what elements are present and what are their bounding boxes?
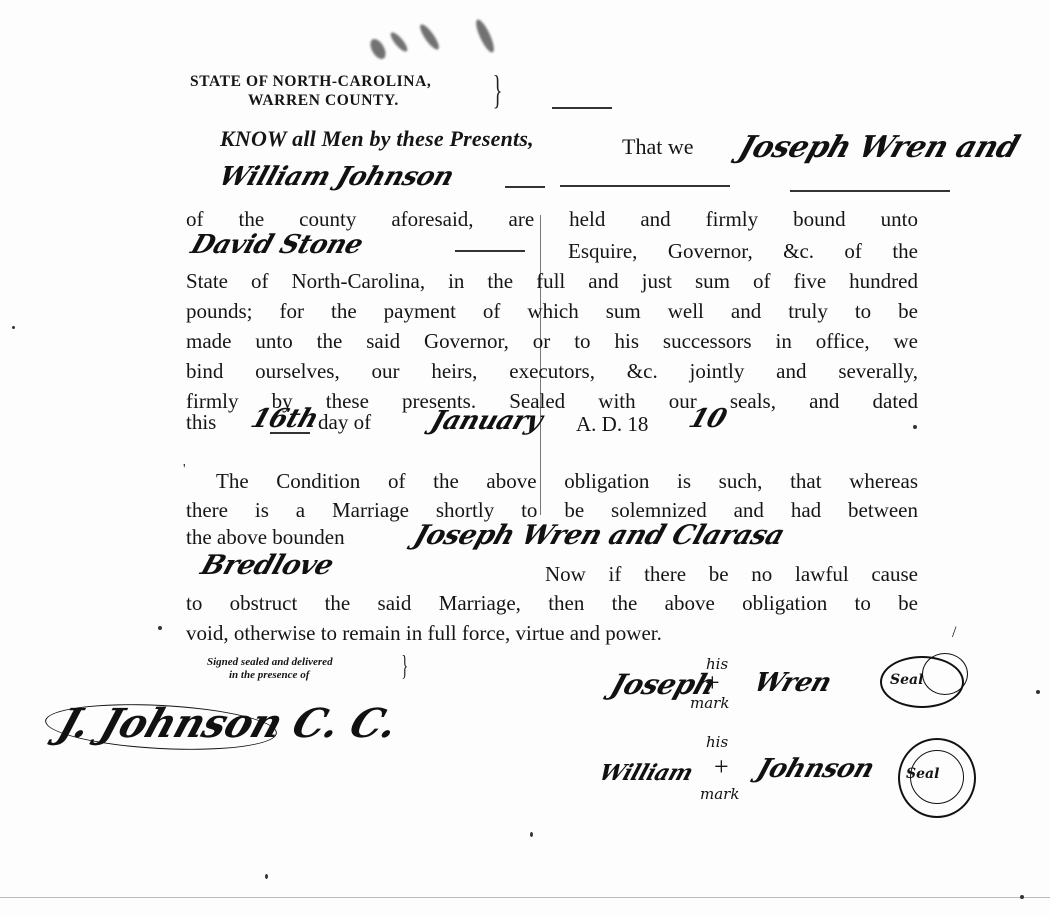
ink-smudge bbox=[417, 22, 442, 52]
condition-line-1: The Condition of the above obligation is… bbox=[216, 466, 918, 497]
signature-2-first-name: William bbox=[596, 760, 696, 786]
ink-speck bbox=[265, 874, 268, 879]
blank-rule bbox=[270, 432, 310, 434]
blank-rule bbox=[455, 250, 525, 252]
ink-speck: / bbox=[952, 624, 956, 642]
condition-line-5: to obstruct the said Marriage, then the … bbox=[186, 588, 918, 619]
ink-smudge bbox=[388, 30, 410, 54]
handwritten-bondsmen-line2: William Johnson bbox=[215, 162, 457, 192]
handwritten-date-month: January bbox=[427, 406, 546, 436]
date-this: this bbox=[186, 407, 216, 438]
ink-speck bbox=[158, 626, 162, 630]
page-bottom-edge bbox=[0, 897, 1050, 898]
opening-intro: KNOW all Men by these Presents, bbox=[220, 126, 534, 152]
seal-1-label: Seal bbox=[890, 672, 923, 688]
bond-line-4: pounds; for the payment of which sum wel… bbox=[186, 296, 918, 327]
date-day-of: day of bbox=[318, 407, 371, 438]
county-heading: WARREN COUNTY. bbox=[190, 91, 431, 110]
seal-2-label: Seal bbox=[906, 766, 939, 782]
date-ad: A. D. 18 bbox=[576, 409, 648, 440]
blank-rule bbox=[505, 186, 545, 188]
signature-2-his: his bbox=[706, 733, 728, 751]
ink-speck bbox=[913, 425, 917, 429]
handwritten-parties-line2: Bredlove bbox=[197, 550, 337, 581]
signature-1-mark: mark bbox=[690, 694, 729, 712]
handwritten-date-day: 16th bbox=[247, 404, 322, 434]
seal-1-flourish bbox=[922, 653, 968, 695]
document-page: STATE OF NORTH-CAROLINA, WARREN COUNTY. … bbox=[0, 0, 1050, 916]
ink-speck: ' bbox=[183, 462, 186, 478]
ink-speck bbox=[1020, 895, 1024, 899]
bond-line-5: made unto the said Governor, or to his s… bbox=[186, 326, 918, 357]
ink-speck bbox=[1036, 690, 1040, 694]
bond-line-2: Esquire, Governor, &c. of the bbox=[568, 236, 918, 267]
condition-line-3: the above bounden bbox=[186, 522, 345, 553]
ink-smudge bbox=[473, 18, 497, 55]
bond-line-6: bind ourselves, our heirs, executors, &c… bbox=[186, 356, 918, 387]
blank-rule bbox=[790, 190, 950, 192]
ink-speck bbox=[12, 326, 15, 329]
attestation-line-1: Signed sealed and delivered bbox=[207, 656, 333, 669]
blank-rule bbox=[560, 185, 730, 187]
handwritten-governor-name: David Stone bbox=[187, 230, 366, 260]
opening-that-we: That we bbox=[622, 134, 693, 160]
ink-smudge bbox=[367, 36, 388, 61]
signature-2-mark: mark bbox=[700, 785, 739, 803]
blank-rule bbox=[552, 107, 612, 109]
attestation-brace: } bbox=[401, 653, 408, 681]
handwritten-bondsmen-line1: Joseph Wren and bbox=[734, 130, 1023, 165]
attestation-text: Signed sealed and delivered in the prese… bbox=[207, 656, 333, 682]
signature-1-last-name: Wren bbox=[750, 668, 835, 698]
bond-line-3: State of North-Carolina, in the full and… bbox=[186, 266, 918, 297]
signature-2-mark-symbol: + bbox=[714, 752, 729, 782]
attestation-line-2: in the presence of bbox=[207, 669, 333, 682]
condition-line-6: void, otherwise to remain in full force,… bbox=[186, 618, 662, 649]
document-header: STATE OF NORTH-CAROLINA, WARREN COUNTY. bbox=[190, 72, 431, 110]
header-brace: } bbox=[493, 70, 503, 110]
condition-line-4: Now if there be no lawful cause bbox=[545, 559, 918, 590]
state-heading: STATE OF NORTH-CAROLINA, bbox=[190, 72, 431, 91]
handwritten-parties-line1: Joseph Wren and Clarasa bbox=[410, 520, 788, 551]
signature-2-last-name: Johnson bbox=[753, 754, 878, 784]
ink-speck bbox=[530, 832, 533, 837]
